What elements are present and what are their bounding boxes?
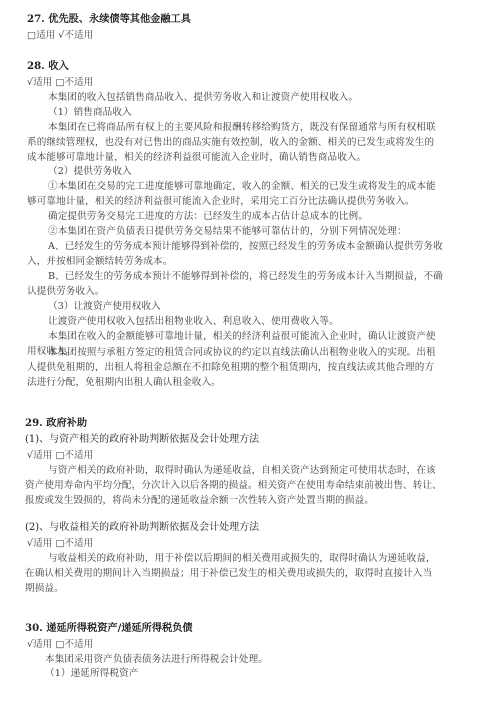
paragraph-line: 认提供劳务收入。 [27, 285, 105, 299]
paragraph-line: 本集团在收入的金额能够可靠地计量，相关的经济利益很可能流入企业时，确认让渡资产使 [48, 330, 436, 344]
paragraph-line: 系的继续管理权，也没有对已售出的商品实施有效控制，收入的金额、相关的已发生或将发… [27, 136, 434, 150]
paragraph-line: B、已经发生的劳务成本预计不能够得到补偿的，将已经发生的劳务成本计入当期损益，不… [48, 270, 443, 284]
paragraph-line: 资产使用寿命内平均分配，分次计入以后各期的损益。相关资产在使用寿命结束前被出售、… [25, 479, 442, 493]
document-page: 27. 优先股、永续债等其他金融工具 □适用 √不适用 28. 收入 √适用 □… [0, 0, 500, 703]
section-28-title: 28. 收入 [27, 59, 69, 73]
subheading: （1）递延所得税资产 [45, 667, 138, 681]
paragraph-line: 成本能够可靠地计量，相关的经济利益很可能流入企业时，确认销售商品收入。 [27, 151, 366, 165]
paragraph-line: 与收益相关的政府补助，用于补偿以后期间的相关费用或损失的，取得时确认为递延收益， [48, 552, 436, 566]
paragraph-line: ②本集团在资产负债表日提供劳务交易结果不能够可靠估计的，分别下列情况处理： [48, 225, 407, 239]
section-29-title: 29. 政府补助 [25, 416, 87, 430]
section-29-1-applicability: √适用 □不适用 [27, 449, 93, 463]
paragraph-line: 与资产相关的政府补助，取得时确认为递延收益，自相关资产达到预定可使用状态时，在该 [48, 464, 436, 478]
paragraph-line: 人提供免租期的，出租人将租金总额在不扣除免租期的整个租赁期内，按直线法或其他合理… [27, 361, 434, 375]
subheading: （3）让渡资产使用权收入 [48, 300, 161, 314]
paragraph-line: 法进行分配，免租期内出租人确认租金收入。 [27, 376, 221, 390]
subheading: （1）销售商品收入 [48, 106, 132, 120]
section-29-2-applicability: √适用 □不适用 [27, 537, 93, 551]
paragraph-line: ①本集团在交易的完工进度能够可靠地确定，收入的金额、相关的已发生或将发生的成本能 [48, 180, 436, 194]
paragraph-line: 让渡资产使用权收入包括出租物业收入、利息收入、使用费收入等。 [48, 315, 339, 329]
paragraph-line: 入，并按相同金额结转劳务成本。 [27, 255, 172, 269]
section-29-2-title: (2)、与收益相关的政府补助判断依据及会计处理方法 [25, 521, 259, 535]
paragraph-line: 本集团的收入包括销售商品收入、提供劳务收入和让渡资产使用权收入。 [48, 91, 358, 105]
paragraph-line: 本集团在已将商品所有权上的主要风险和报酬转移给购货方，既没有保留通常与所有权相联 [48, 121, 436, 135]
paragraph-line: 本集团采用资产负债表债务法进行所得税会计处理。 [45, 653, 268, 667]
paragraph-line: 够可靠地计量，相关的经济利益很可能流入企业时，采用完工百分比法确认提供劳务收入。 [27, 195, 415, 209]
section-30-title: 30. 递延所得税资产/递延所得税负债 [25, 621, 193, 635]
section-30-applicability: √适用 □不适用 [27, 638, 93, 652]
section-27-title: 27. 优先股、永续债等其他金融工具 [27, 12, 191, 26]
subheading: （2）提供劳务收入 [48, 165, 132, 179]
section-29-1-title: (1)、与资产相关的政府补助判断依据及会计处理方法 [25, 433, 259, 447]
paragraph-line: 期损益。 [25, 582, 64, 596]
paragraph-line: 确定提供劳务交易完工进度的方法：已经发生的成本占估计总成本的比例。 [48, 210, 368, 224]
paragraph-line: A、已经发生的劳务成本预计能够得到补偿的，按照已经发生的劳务成本金额确认提供劳务… [48, 240, 443, 254]
section-27-applicability: □适用 √不适用 [27, 29, 93, 43]
paragraph-line: 在确认相关费用的期间计入当期损益；用于补偿已发生的相关费用或损失的，取得时直接计… [25, 567, 432, 581]
paragraph-line: 本集团按照与承租方签定的租赁合同或协议的约定以直线法确认出租物业收入的实现。出租 [48, 346, 436, 360]
paragraph-line: 报废或发生毁损的，将尚未分配的递延收益余额一次性转入资产处置当期的损益。 [25, 494, 374, 508]
section-28-applicability: √适用 □不适用 [27, 76, 93, 90]
